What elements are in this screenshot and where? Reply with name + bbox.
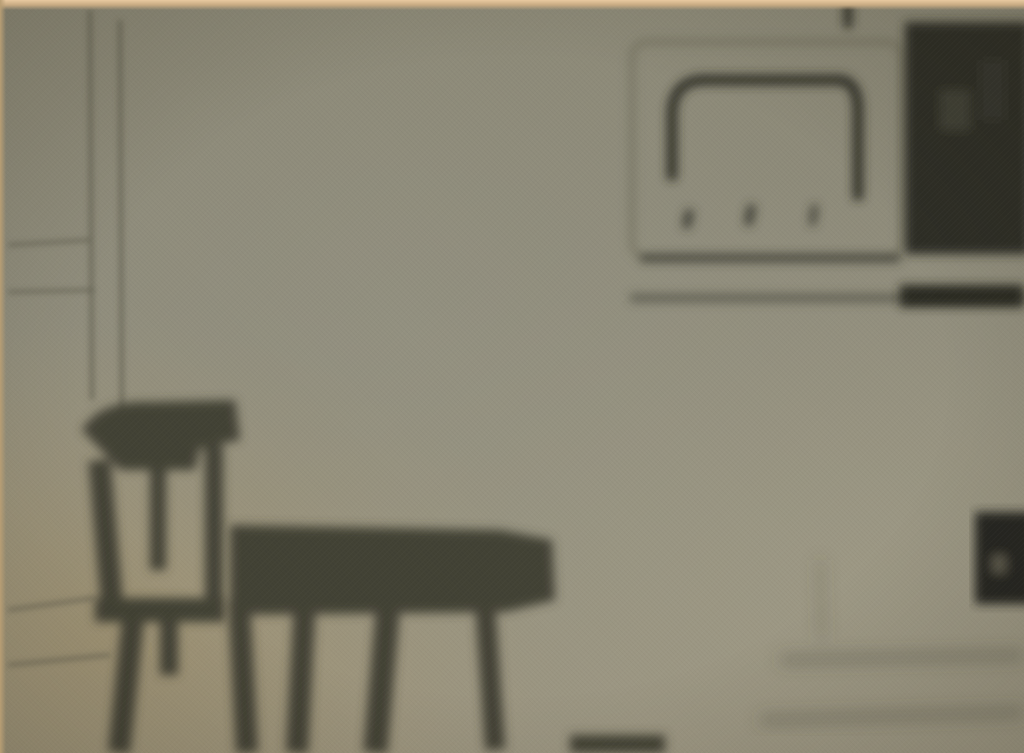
table: [228, 525, 665, 753]
dark-cabinet: [900, 22, 1024, 307]
vintage-photograph: Faded sepia photograph of an interior: a…: [0, 0, 1024, 753]
chair: [82, 400, 240, 753]
photo-scene: [0, 0, 1024, 753]
photo-top-edge: [0, 0, 1024, 10]
photo-left-edge: [0, 0, 6, 753]
right-dark-object: [975, 512, 1024, 604]
